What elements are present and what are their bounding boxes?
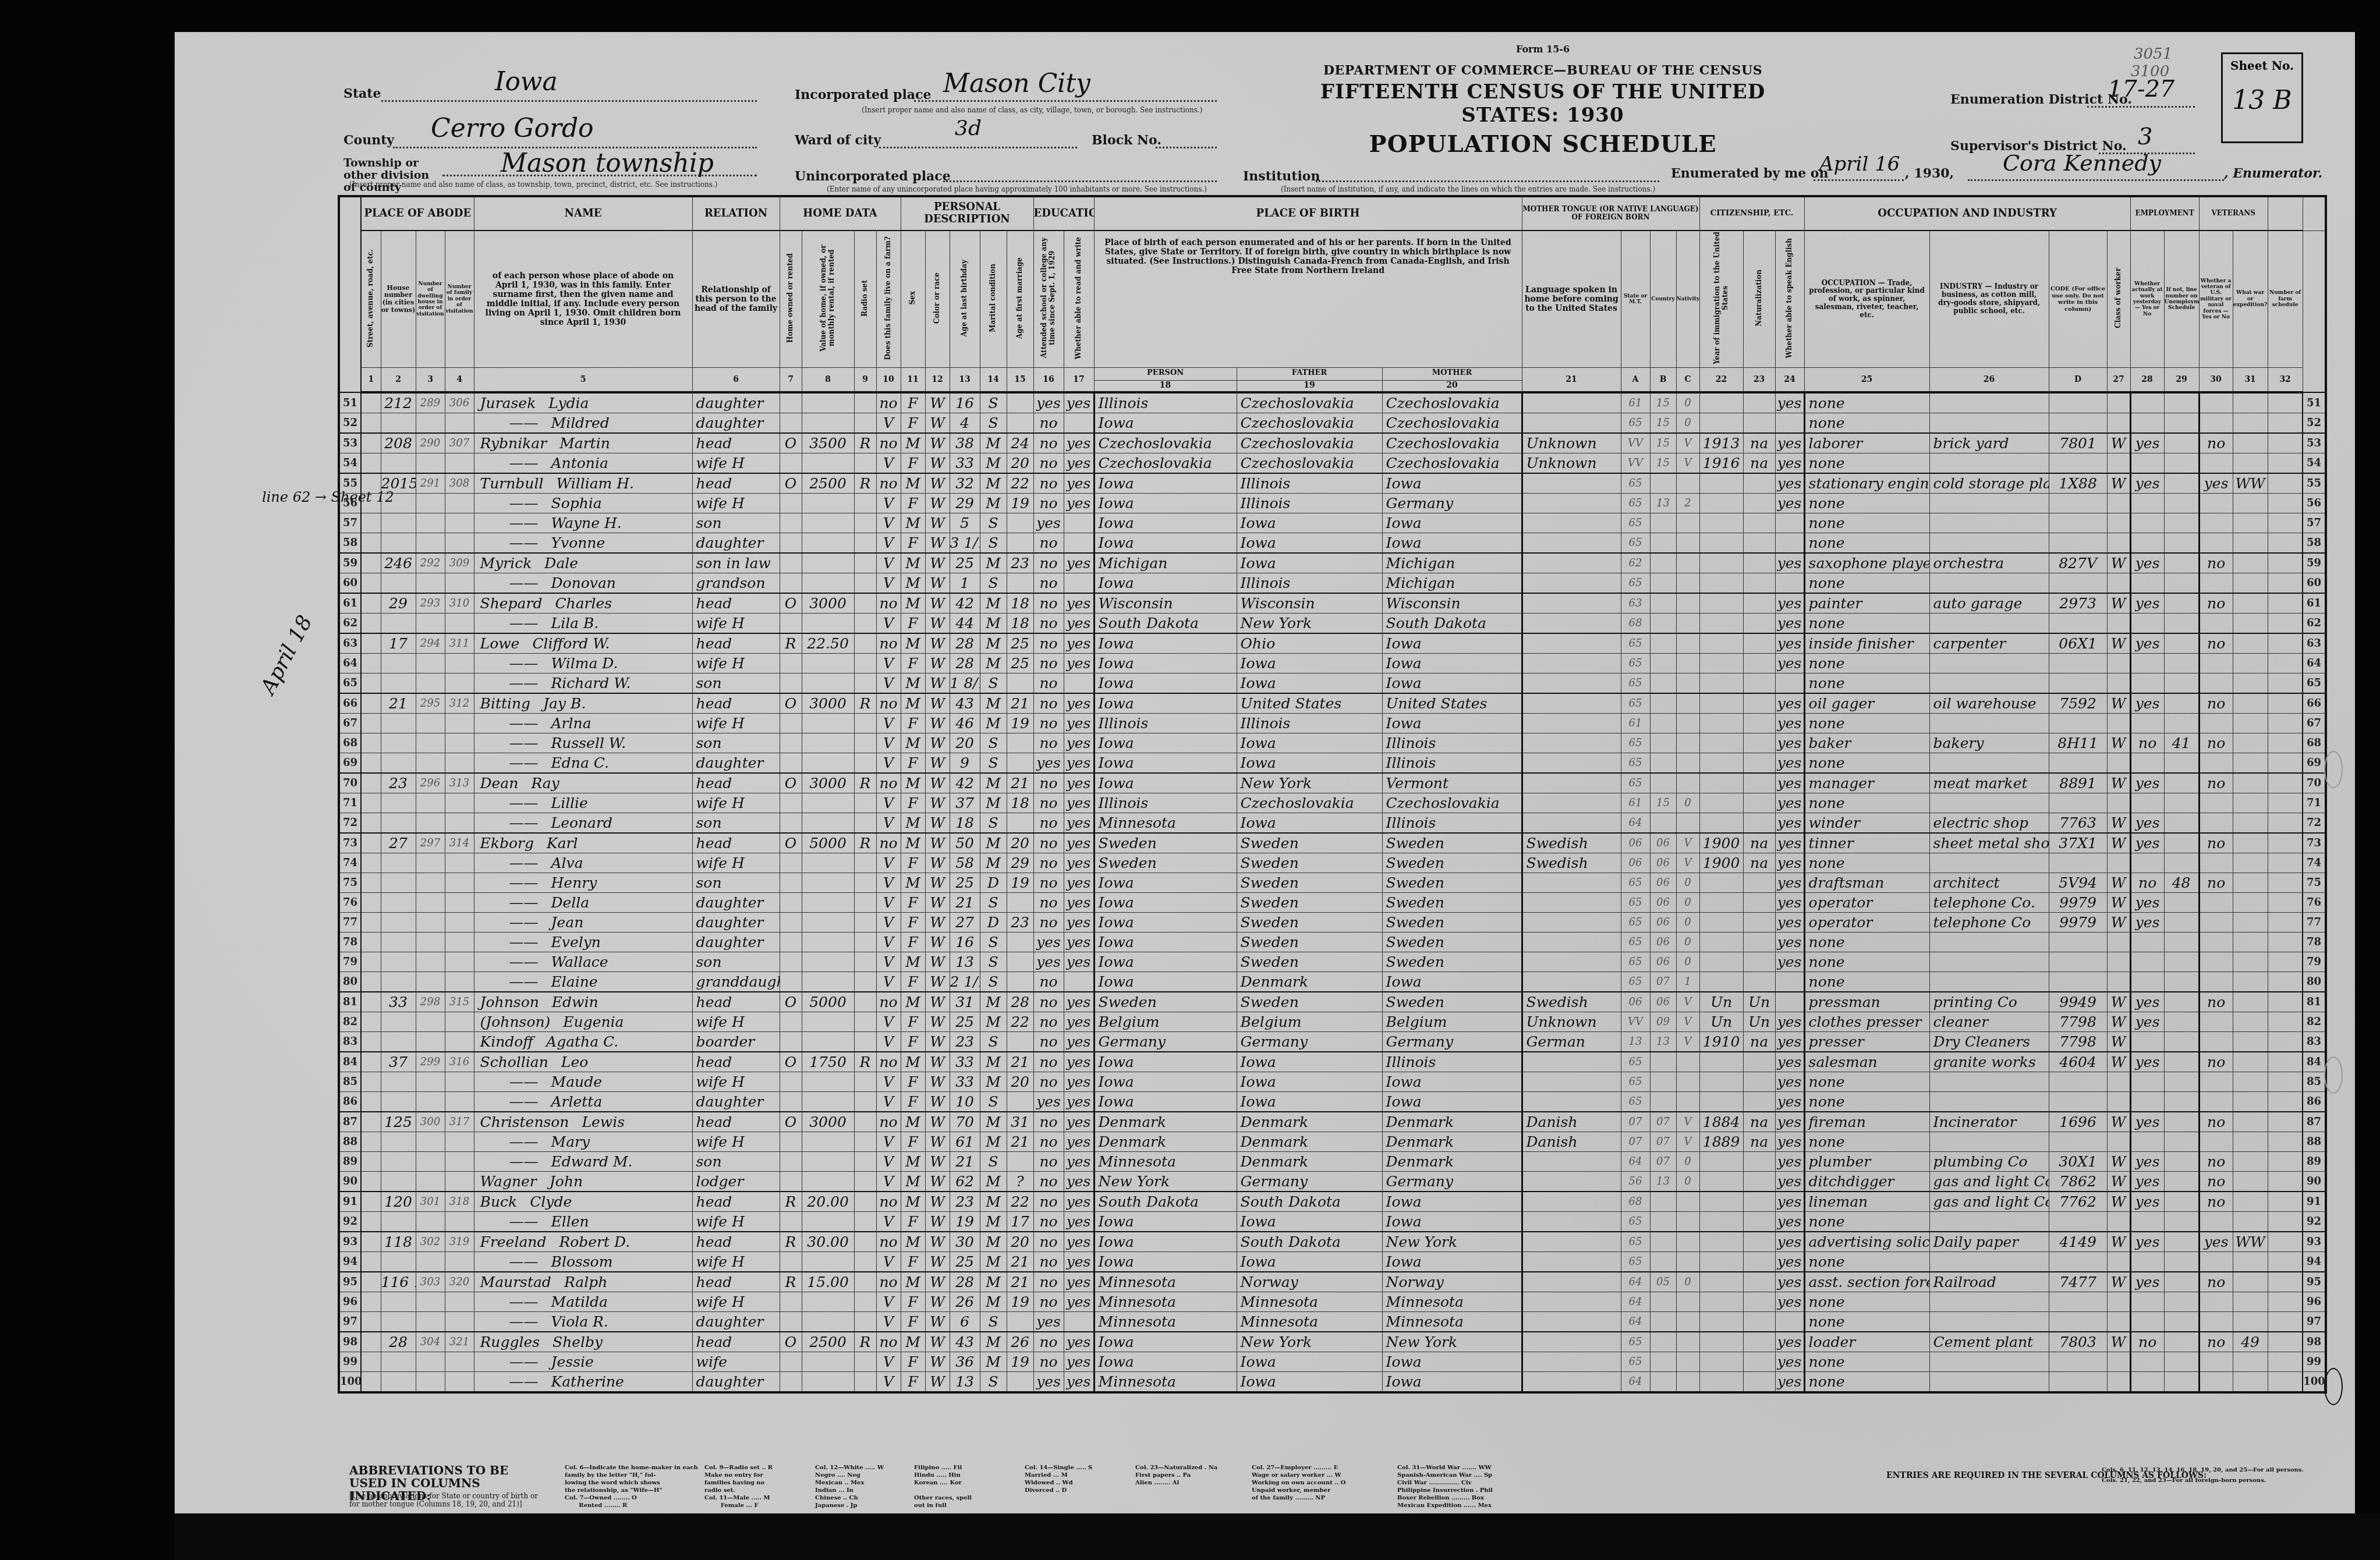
speaks-english: yes — [1775, 633, 1804, 654]
age: 70 — [950, 1112, 980, 1132]
abbr-col14: Col. 14—Single ..... S Married ... M Wid… — [1025, 1464, 1092, 1494]
speaks-english: yes — [1775, 1352, 1804, 1372]
industry-code: 5V94 — [2049, 873, 2107, 893]
code-b: 07 — [1650, 972, 1676, 992]
schedule-title: POPULATION SCHEDULE — [1281, 130, 1805, 158]
code-c — [1676, 1372, 1699, 1393]
veteran — [2199, 952, 2233, 972]
age: 13 — [950, 1372, 980, 1393]
family-number — [445, 654, 474, 673]
war — [2233, 1132, 2268, 1152]
read-write: yes — [1064, 593, 1094, 614]
war — [2233, 1352, 2268, 1372]
line-number-right: 58 — [2303, 533, 2326, 554]
farm: V — [876, 573, 901, 594]
occupation: none — [1804, 392, 1929, 413]
industry — [1929, 654, 2049, 673]
given-name: Karl — [547, 835, 578, 852]
mother-tongue — [1522, 413, 1621, 434]
family-number: 306 — [445, 392, 474, 413]
race: W — [925, 714, 950, 733]
relation: head — [692, 1232, 780, 1252]
naturalization — [1743, 392, 1775, 413]
given-name: Ellen — [551, 1213, 589, 1230]
col-num-24: 24 — [1775, 368, 1804, 393]
immigration-year — [1699, 654, 1743, 673]
line-number-right: 51 — [2303, 392, 2326, 413]
township-value: Mason township — [501, 148, 714, 178]
at-work: yes — [2130, 473, 2164, 494]
relation: wife H — [692, 1292, 780, 1312]
punch-hole — [2324, 751, 2343, 788]
house-number: 28 — [381, 1332, 416, 1352]
war — [2233, 1012, 2268, 1032]
street-cell — [361, 873, 381, 893]
family-number — [445, 933, 474, 952]
home-tenure — [780, 654, 802, 673]
age: 28 — [950, 633, 980, 654]
home-value — [802, 1212, 854, 1232]
industry: Cement plant — [1929, 1332, 2049, 1352]
code-b: 07 — [1650, 1152, 1676, 1172]
speaks-english: yes — [1775, 1012, 1804, 1032]
col-speak-english-header: Whether able to speak English — [1775, 231, 1804, 368]
occupation: none — [1804, 614, 1929, 634]
family-number — [445, 1372, 474, 1393]
farm-schedule — [2268, 413, 2303, 434]
radio — [854, 553, 876, 573]
farm: no — [876, 633, 901, 654]
code-c — [1676, 553, 1699, 573]
house-number — [381, 453, 416, 474]
farm-schedule — [2268, 1192, 2303, 1212]
birthplace-father: Denmark — [1237, 1132, 1382, 1152]
home-value — [802, 673, 854, 694]
person-name: LoweClifford W. — [474, 633, 692, 654]
table-row: 65——Richard W.sonVMW1 8/12SnoIowaIowaIow… — [339, 673, 2326, 694]
incorporated-line — [914, 100, 1217, 102]
street-cell — [361, 833, 381, 853]
given-name: Wayne H. — [551, 515, 622, 531]
birthplace-father: Denmark — [1237, 1152, 1382, 1172]
relation: son — [692, 1152, 780, 1172]
code-c — [1676, 1292, 1699, 1312]
col-code-c-header: Nativity — [1676, 231, 1699, 368]
col-dwelling-number-header: Number of dwelling house in order of vis… — [416, 231, 445, 368]
unemployment-line — [2164, 614, 2199, 634]
line-number: 79 — [339, 952, 361, 972]
home-value: 3000 — [802, 773, 854, 793]
at-work — [2130, 753, 2164, 774]
class-of-worker: W — [2107, 433, 2130, 453]
industry — [1929, 533, 2049, 554]
radio: R — [854, 693, 876, 714]
war — [2233, 1172, 2268, 1192]
code-a: 06 — [1621, 833, 1650, 853]
occupation: painter — [1804, 593, 1929, 614]
house-number: 118 — [381, 1232, 416, 1252]
war — [2233, 553, 2268, 573]
at-work — [2130, 533, 2164, 554]
col-language-header: Language spoken in home before coming to… — [1522, 231, 1621, 368]
farm: V — [876, 1012, 901, 1032]
family-number — [445, 1092, 474, 1112]
war — [2233, 513, 2268, 533]
war — [2233, 952, 2268, 972]
person-name: ——Wallace — [474, 952, 692, 972]
speaks-english: yes — [1775, 693, 1804, 714]
occupation: none — [1804, 793, 1929, 813]
birthplace-father: Czechoslovakia — [1237, 433, 1382, 453]
farm: V — [876, 972, 901, 992]
unemployment-line — [2164, 793, 2199, 813]
given-name: Jay B. — [543, 695, 586, 712]
person-name: DeanRay — [474, 773, 692, 793]
birthplace-person: Iowa — [1094, 1332, 1237, 1352]
home-tenure — [780, 1172, 802, 1192]
given-name: Jean — [551, 914, 584, 931]
veteran: no — [2199, 1172, 2233, 1192]
age-first-marriage — [1007, 392, 1033, 413]
surname: Johnson — [480, 994, 539, 1011]
group-mother-tongue: MOTHER TONGUE (OR NATIVE LANGUAGE) OF FO… — [1522, 196, 1699, 231]
code-a: VV — [1621, 1012, 1650, 1032]
marital: D — [980, 913, 1007, 933]
street-cell — [361, 593, 381, 614]
block-line — [1156, 147, 1217, 148]
col-relation-header: Relationship of this person to the head … — [692, 231, 780, 368]
scan-edge-shadow — [175, 1513, 2380, 1560]
farm: V — [876, 553, 901, 573]
sex: F — [901, 1212, 925, 1232]
unemployment-line — [2164, 573, 2199, 594]
birthplace-person: Iowa — [1094, 1252, 1237, 1272]
birthplace-person: Sweden — [1094, 853, 1237, 873]
age: 6 — [950, 1312, 980, 1332]
person-name: ——Edna C. — [474, 753, 692, 774]
group-name: NAME — [474, 196, 692, 231]
birthplace-mother: Iowa — [1382, 1252, 1522, 1272]
code-b: 15 — [1650, 392, 1676, 413]
table-row: 69——Edna C.daughterVFW9SyesyesIowaIowaIl… — [339, 753, 2326, 774]
relation: son in law — [692, 553, 780, 573]
birthplace-mother: Denmark — [1382, 1112, 1522, 1132]
home-value — [802, 972, 854, 992]
line-number-right: 85 — [2303, 1072, 2326, 1092]
farm: V — [876, 1312, 901, 1332]
line-number: 69 — [339, 753, 361, 774]
speaks-english: yes — [1775, 654, 1804, 673]
line-number: 87 — [339, 1112, 361, 1132]
birthplace-person: Iowa — [1094, 693, 1237, 714]
veteran — [2199, 1212, 2233, 1232]
line-number: 67 — [339, 714, 361, 733]
mother-tongue — [1522, 633, 1621, 654]
relation: daughter — [692, 933, 780, 952]
ed-line — [2087, 106, 2195, 108]
birthplace-father: Sweden — [1237, 992, 1382, 1012]
race: W — [925, 952, 950, 972]
war — [2233, 1072, 2268, 1092]
occupation: none — [1804, 972, 1929, 992]
occupation: asst. section foreman — [1804, 1272, 1929, 1292]
industry — [1929, 673, 2049, 694]
immigration-year: 1910 — [1699, 1032, 1743, 1052]
home-value — [802, 913, 854, 933]
class-of-worker: W — [2107, 1052, 2130, 1072]
war — [2233, 793, 2268, 813]
sex: M — [901, 633, 925, 654]
at-work — [2130, 1212, 2164, 1232]
occupation: presser — [1804, 1032, 1929, 1052]
sex: M — [901, 733, 925, 753]
code-a: 65 — [1621, 673, 1650, 694]
farm-schedule — [2268, 654, 2303, 673]
line-number: 73 — [339, 833, 361, 853]
table-row: 552015291308TurnbullWilliam H.headO2500R… — [339, 473, 2326, 494]
home-value: 15.00 — [802, 1272, 854, 1292]
col-num-3: 3 — [416, 368, 445, 393]
class-of-worker — [2107, 753, 2130, 774]
person-name: ——Jessie — [474, 1352, 692, 1372]
race: W — [925, 1232, 950, 1252]
family-number — [445, 714, 474, 733]
age-first-marriage: 23 — [1007, 913, 1033, 933]
person-name: JohnsonEdwin — [474, 992, 692, 1012]
line-number: 66 — [339, 693, 361, 714]
sex: M — [901, 952, 925, 972]
speaks-english: yes — [1775, 1052, 1804, 1072]
line-number: 57 — [339, 513, 361, 533]
street-cell — [361, 952, 381, 972]
table-row: 95116 1/2303320MaurstadRalphheadR15.00no… — [339, 1272, 2326, 1292]
radio — [854, 952, 876, 972]
line-number-right: 90 — [2303, 1172, 2326, 1192]
given-name: Arletta — [551, 1093, 603, 1110]
industry-code — [2049, 392, 2107, 413]
code-a: 65 — [1621, 654, 1650, 673]
surname: Buck — [480, 1193, 518, 1210]
industry — [1929, 494, 2049, 513]
veteran: no — [2199, 633, 2233, 654]
house-number — [381, 533, 416, 554]
person-name: ——Wilma D. — [474, 654, 692, 673]
race: W — [925, 533, 950, 554]
street-cell — [361, 753, 381, 774]
person-name: ——Yvonne — [474, 533, 692, 554]
school: yes — [1033, 1092, 1064, 1112]
home-value — [802, 614, 854, 634]
occupation: none — [1804, 1092, 1929, 1112]
mother-tongue — [1522, 1172, 1621, 1192]
at-work: yes — [2130, 813, 2164, 834]
line-number: 85 — [339, 1072, 361, 1092]
code-c — [1676, 1052, 1699, 1072]
given-name: Clyde — [530, 1193, 572, 1210]
group-education: EDUCATION — [1033, 196, 1094, 231]
naturalization — [1743, 753, 1775, 774]
radio: R — [854, 773, 876, 793]
code-b: 06 — [1650, 992, 1676, 1012]
code-c — [1676, 673, 1699, 694]
radio — [854, 753, 876, 774]
unemployment-line — [2164, 933, 2199, 952]
mother-tongue — [1522, 933, 1621, 952]
home-tenure: O — [780, 773, 802, 793]
birthplace-person: Iowa — [1094, 733, 1237, 753]
farm: V — [876, 413, 901, 434]
sex: F — [901, 1132, 925, 1152]
birthplace-mother: Sweden — [1382, 992, 1522, 1012]
industry-code: 06X1 — [2049, 633, 2107, 654]
occupation: operator — [1804, 913, 1929, 933]
class-of-worker — [2107, 714, 2130, 733]
home-tenure — [780, 933, 802, 952]
line-number-right: 91 — [2303, 1192, 2326, 1212]
person-name: ——Henry — [474, 873, 692, 893]
read-write — [1064, 573, 1094, 594]
person-name: ——Elaine — [474, 972, 692, 992]
unincorporated-line — [943, 180, 1217, 182]
birthplace-person: Iowa — [1094, 1072, 1237, 1092]
street-cell — [361, 1132, 381, 1152]
war: WW — [2233, 1232, 2268, 1252]
col-num-14: 14 — [980, 368, 1007, 393]
immigration-year — [1699, 494, 1743, 513]
line-number-right: 59 — [2303, 553, 2326, 573]
sex: M — [901, 1172, 925, 1192]
code-b — [1650, 1072, 1676, 1092]
family-number: 308 — [445, 473, 474, 494]
occupation: none — [1804, 654, 1929, 673]
surname-ditto-dash: —— — [509, 455, 539, 471]
dwelling-number — [416, 753, 445, 774]
industry — [1929, 1252, 2049, 1272]
relation: wife H — [692, 1132, 780, 1152]
unemployment-line — [2164, 1292, 2199, 1312]
at-work: no — [2130, 733, 2164, 753]
naturalization — [1743, 714, 1775, 733]
veteran — [2199, 753, 2233, 774]
code-c: 0 — [1676, 793, 1699, 813]
code-b — [1650, 753, 1676, 774]
war — [2233, 533, 2268, 554]
surname: Maurstad — [480, 1274, 551, 1290]
birthplace-mother: Iowa — [1382, 533, 1522, 554]
given-name: Agatha C. — [546, 1033, 618, 1050]
birthplace-person: Illinois — [1094, 392, 1237, 413]
birthplace-mother: Wisconsin — [1382, 593, 1522, 614]
age: 3 1/12 — [950, 533, 980, 554]
code-a: 62 — [1621, 553, 1650, 573]
family-number — [445, 813, 474, 834]
street-cell — [361, 1092, 381, 1112]
birthplace-person: Iowa — [1094, 673, 1237, 694]
home-tenure: O — [780, 1332, 802, 1352]
at-work — [2130, 673, 2164, 694]
farm: V — [876, 1032, 901, 1052]
state-line — [381, 100, 757, 102]
class-of-worker — [2107, 1092, 2130, 1112]
speaks-english: yes — [1775, 1252, 1804, 1272]
dwelling-number: 303 — [416, 1272, 445, 1292]
speaks-english: yes — [1775, 1332, 1804, 1352]
farm: V — [876, 1172, 901, 1192]
immigration-year — [1699, 913, 1743, 933]
person-name: ——Blossom — [474, 1252, 692, 1272]
industry: carpenter — [1929, 633, 2049, 654]
age-first-marriage — [1007, 1092, 1033, 1112]
farm-schedule — [2268, 933, 2303, 952]
birthplace-father: Iowa — [1237, 513, 1382, 533]
birthplace-mother: Norway — [1382, 1272, 1522, 1292]
line-number: 72 — [339, 813, 361, 834]
war — [2233, 573, 2268, 594]
code-a: 65 — [1621, 1052, 1650, 1072]
radio — [854, 893, 876, 913]
mother-tongue — [1522, 1232, 1621, 1252]
house-number — [381, 413, 416, 434]
family-number — [445, 1132, 474, 1152]
farm-schedule — [2268, 913, 2303, 933]
person-name: ——Matilda — [474, 1292, 692, 1312]
marital: S — [980, 413, 1007, 434]
birthplace-person: Iowa — [1094, 1212, 1237, 1232]
sex: M — [901, 1192, 925, 1212]
given-name: Robert D. — [559, 1233, 630, 1250]
home-tenure — [780, 413, 802, 434]
person-name: BittingJay B. — [474, 693, 692, 714]
race: W — [925, 1172, 950, 1192]
immigration-year — [1699, 793, 1743, 813]
col-at-work-header: Whether actually at work yesterday — Yes… — [2130, 231, 2164, 368]
surname-ditto-dash: —— — [509, 1293, 539, 1310]
table-row: 71——Lilliewife HVFW37M18noyesIllinoisCze… — [339, 793, 2326, 813]
read-write: yes — [1064, 933, 1094, 952]
line-number-right: 99 — [2303, 1352, 2326, 1372]
at-work: yes — [2130, 1232, 2164, 1252]
age-first-marriage: 18 — [1007, 614, 1033, 634]
farm-schedule — [2268, 992, 2303, 1012]
war — [2233, 733, 2268, 753]
race: W — [925, 793, 950, 813]
home-value — [802, 654, 854, 673]
col-num-28: 28 — [2130, 368, 2164, 393]
abbr-col23: Col. 23—Naturalized . Na First papers ..… — [1135, 1464, 1217, 1487]
relation: daughter — [692, 913, 780, 933]
person-name: ——Leonard — [474, 813, 692, 834]
given-name: Jessie — [551, 1353, 594, 1370]
birthplace-mother: Belgium — [1382, 1012, 1522, 1032]
farm-schedule — [2268, 573, 2303, 594]
mother-tongue — [1522, 733, 1621, 753]
given-name: Edwin — [552, 994, 598, 1011]
given-name: Henry — [551, 874, 597, 891]
table-row: 53208290307RybnikarMartinheadO3500RnoMW3… — [339, 433, 2326, 453]
unemployment-line — [2164, 1112, 2199, 1132]
line-number-right: 53 — [2303, 433, 2326, 453]
radio — [854, 573, 876, 594]
industry — [1929, 753, 2049, 774]
age-first-marriage: 25 — [1007, 654, 1033, 673]
relation: head — [692, 773, 780, 793]
birthplace-person: Minnesota — [1094, 1312, 1237, 1332]
industry-code: 7592 — [2049, 693, 2107, 714]
birthplace-mother: Iowa — [1382, 972, 1522, 992]
school: no — [1033, 1232, 1064, 1252]
age-first-marriage — [1007, 1032, 1033, 1052]
age: 44 — [950, 614, 980, 634]
